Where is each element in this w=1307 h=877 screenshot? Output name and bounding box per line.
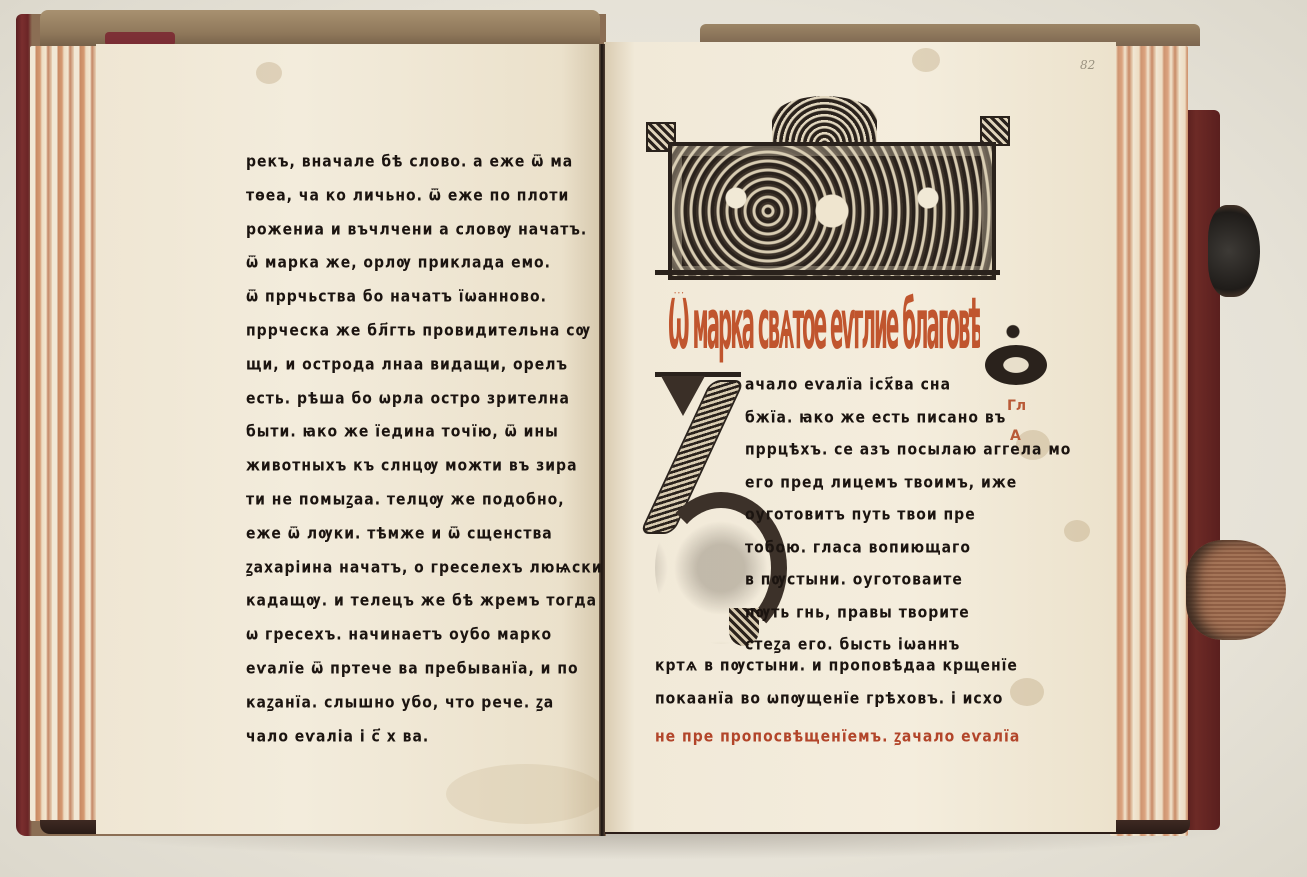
paper-stain: [1010, 678, 1044, 706]
text-line: еже ѿ лѹки. тѣмже и ѿ сщенства: [246, 515, 576, 554]
marginal-crown-icon: [1003, 322, 1023, 346]
text-line: ачало еѵалїа ісх҃ва сна: [745, 367, 995, 404]
text-line: тѳеа, ча ко личьно. ѿ еже по плоти: [246, 177, 576, 216]
text-line: в пѹстыни. оуготоваите: [745, 562, 995, 599]
text-line: оуготовитъ путь твои пре: [745, 497, 995, 534]
page-number: 82: [1080, 58, 1095, 72]
right-page-text-indented: ачало еѵалїа ісх҃ва сна бжїа. ꙗко же ест…: [745, 369, 995, 662]
lower-clasp: [1186, 540, 1286, 640]
paper-stain: [912, 48, 940, 72]
margin-chapter-label: Гл: [1007, 398, 1026, 414]
book-gutter: [599, 44, 605, 836]
right-page-text-full: кртѧ в пѹстыни. и проповѣдаа крщенїе пок…: [655, 650, 995, 760]
paper-stain: [256, 62, 282, 84]
floral-headpiece-ornament: [668, 142, 996, 280]
text-line: чало еѵаліа і с҃ х ва.: [246, 718, 576, 757]
decorated-initial-letter: [655, 372, 745, 644]
headpiece-base-rule: [655, 270, 1000, 275]
headpiece-crest-ornament: [772, 96, 877, 144]
paper-stain: [1064, 520, 1090, 542]
text-line: пррцѣхъ. се азъ посылаю аггела мо: [745, 432, 995, 469]
text-line: каꙁанїа. слышно убо, что рече. ꙁа: [246, 684, 576, 723]
text-line: кртѧ в пѹстыни. и проповѣдаа крщенїе: [655, 648, 995, 685]
upper-clasp: [1208, 205, 1260, 297]
text-line: еѵалїе ѿ пртече ва пребыванїа, и по: [246, 650, 576, 689]
left-page-text: рекъ, вначале бѣ слово. а еже ѿ ма тѳеа,…: [246, 146, 576, 754]
right-page-edges: [1110, 46, 1188, 836]
red-rubric-line: не пре пропосвѣщенїемъ. ꙁачало еѵалїа: [655, 712, 995, 764]
text-line: щи, и острода лнаа видащи, орелъ: [246, 346, 576, 385]
paper-stain: [446, 764, 606, 824]
